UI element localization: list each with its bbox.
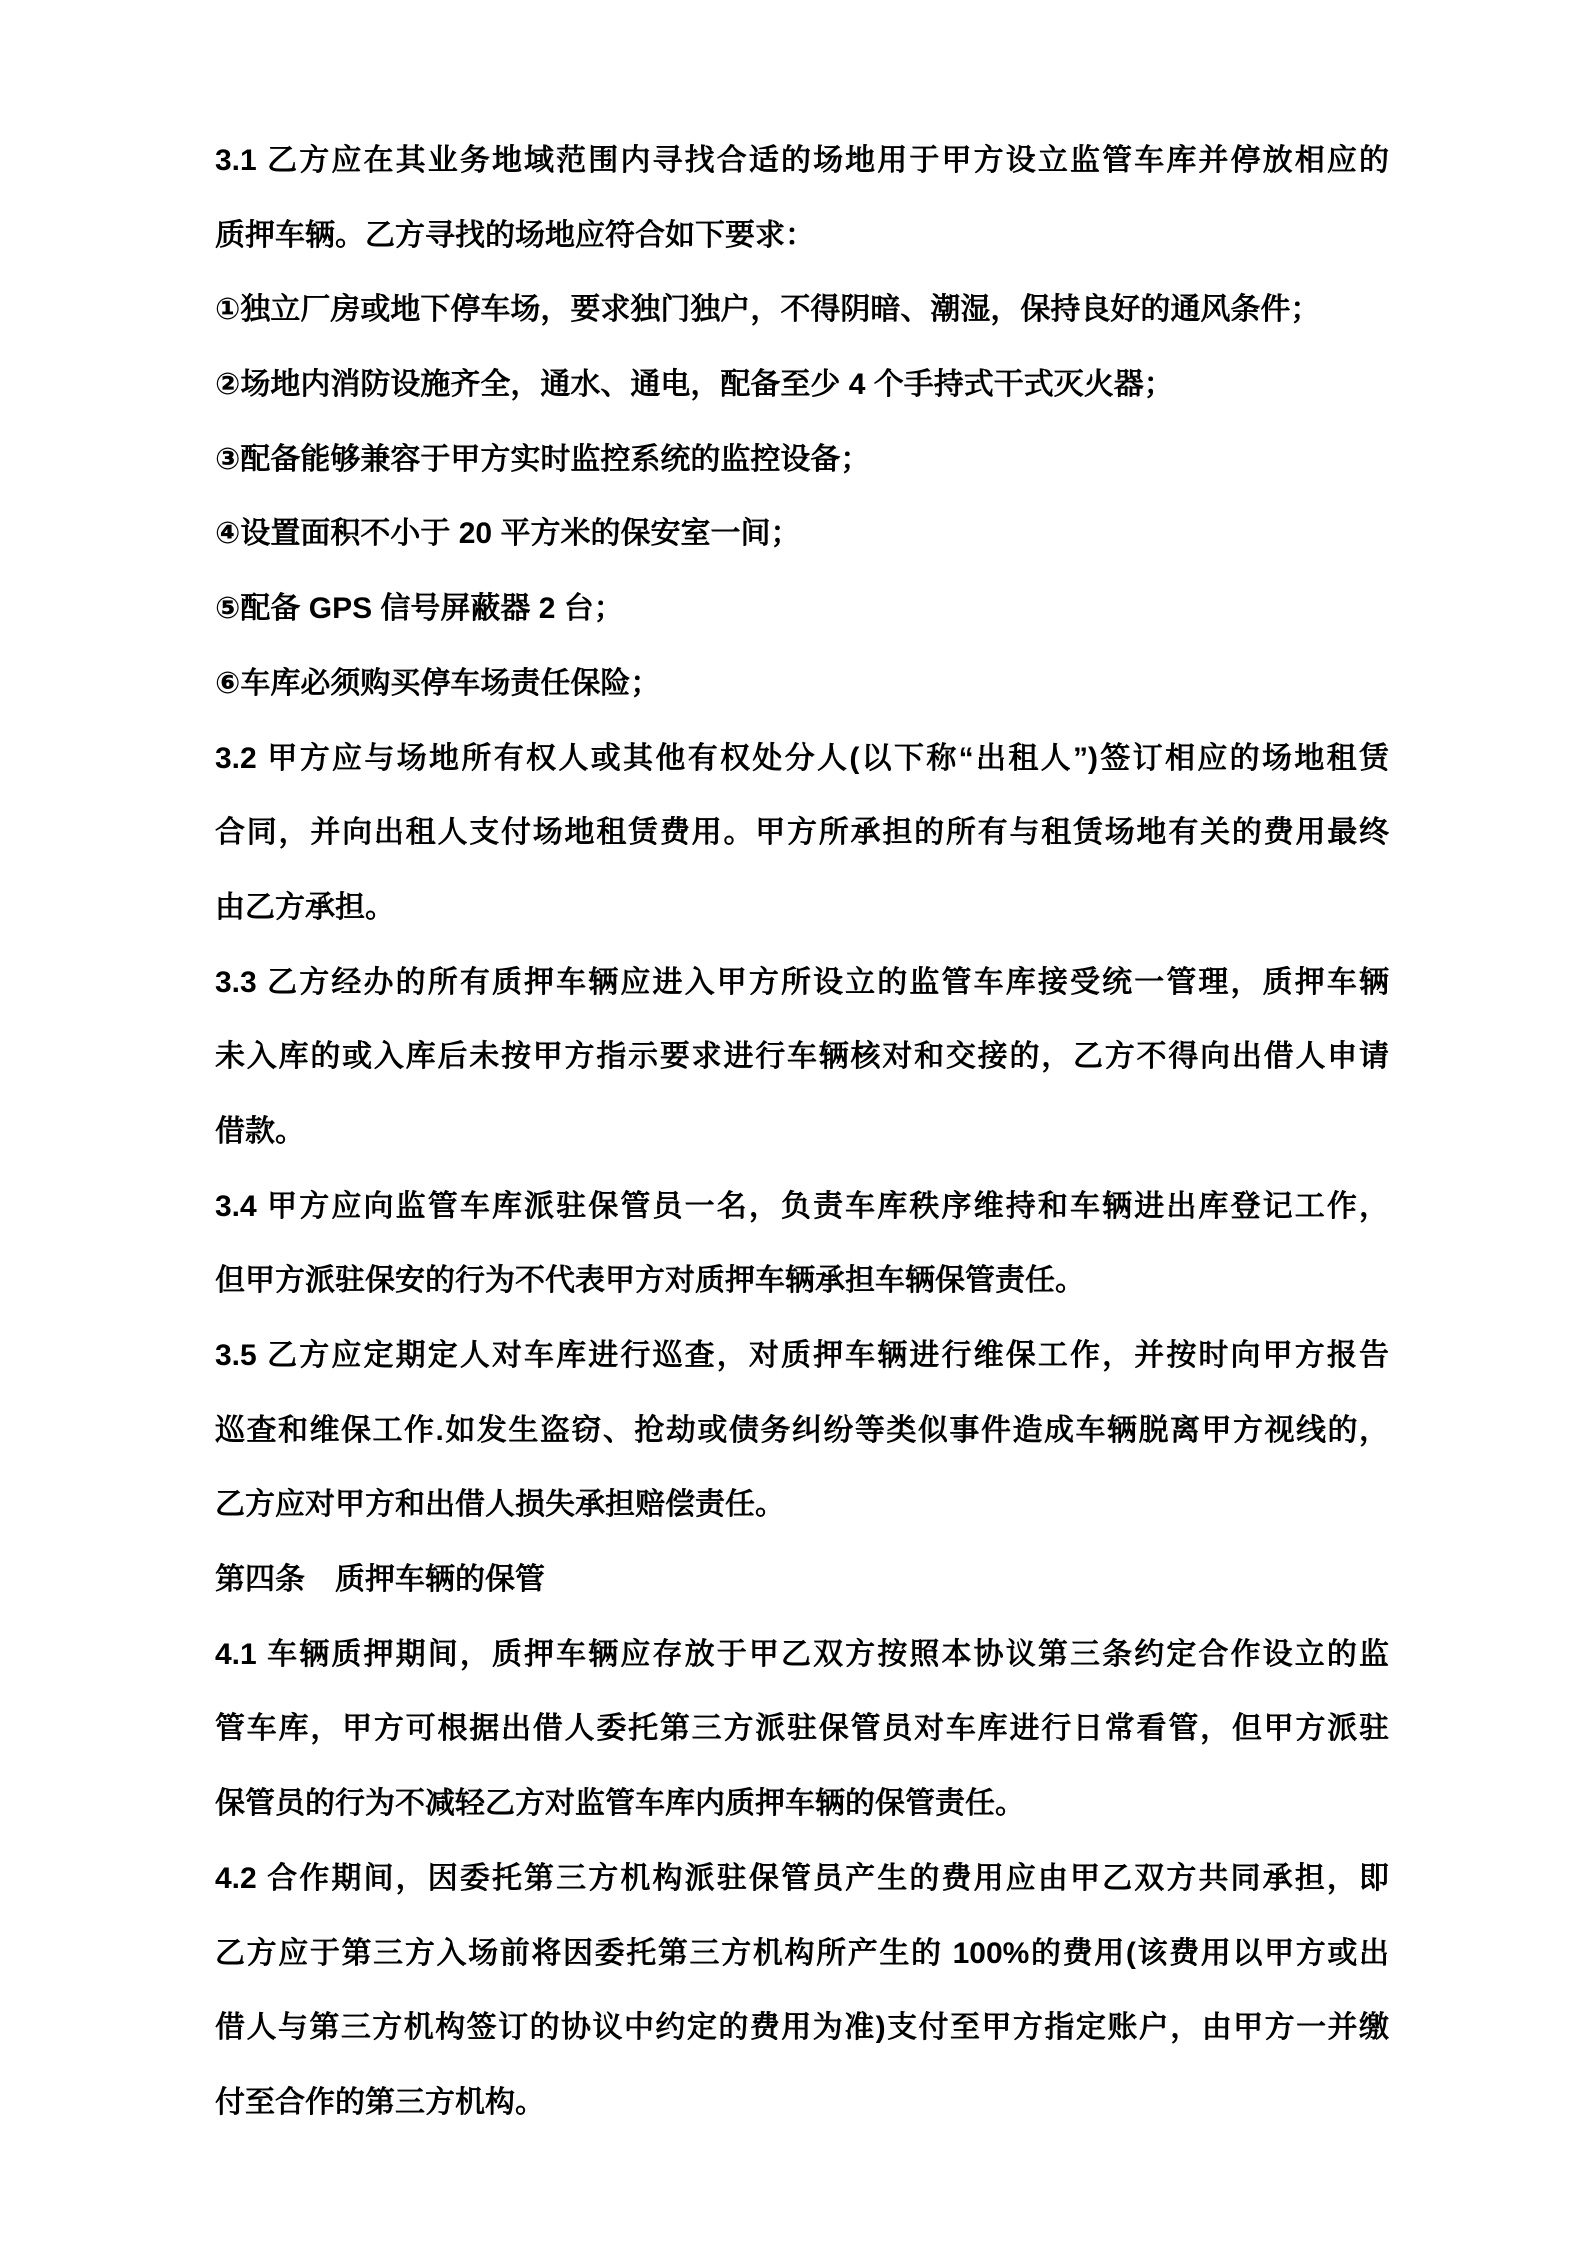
- document-line: 3.5 乙方应定期定人对车库进行巡查，对质押车辆进行维保工作，并按时向甲方报告: [215, 1319, 1389, 1394]
- document-line: 付至合作的第三方机构。: [215, 2066, 1389, 2141]
- document-line-list-item: ⑤配备 GPS 信号屏蔽器 2 台；: [215, 572, 1389, 647]
- document-line: 未入库的或入库后未按甲方指示要求进行车辆核对和交接的，乙方不得向出借人申请: [215, 1020, 1389, 1095]
- document-line: 但甲方派驻保安的行为不代表甲方对质押车辆承担车辆保管责任。: [215, 1244, 1389, 1319]
- document-line: 3.1 乙方应在其业务地域范围内寻找合适的场地用于甲方设立监管车库并停放相应的: [215, 124, 1389, 199]
- document-line-list-item: ③配备能够兼容于甲方实时监控系统的监控设备；: [215, 423, 1389, 498]
- document-line: 保管员的行为不减轻乙方对监管车库内质押车辆的保管责任。: [215, 1767, 1389, 1842]
- document-line: 3.4 甲方应向监管车库派驻保管员一名，负责车库秩序维持和车辆进出库登记工作，: [215, 1170, 1389, 1245]
- document-line-list-item: ①独立厂房或地下停车场，要求独门独户，不得阴暗、潮湿，保持良好的通风条件；: [215, 273, 1389, 348]
- document-line: 乙方应对甲方和出借人损失承担赔偿责任。: [215, 1468, 1389, 1543]
- document-line: 4.1 车辆质押期间，质押车辆应存放于甲乙双方按照本协议第三条约定合作设立的监: [215, 1618, 1389, 1693]
- clause-heading: 第四条 质押车辆的保管: [215, 1543, 1389, 1618]
- document-line: 3.3 乙方经办的所有质押车辆应进入甲方所设立的监管车库接受统一管理，质押车辆: [215, 946, 1389, 1021]
- document-line: 借人与第三方机构签订的协议中约定的费用为准)支付至甲方指定账户，由甲方一并缴: [215, 1991, 1389, 2066]
- document-body: 3.1 乙方应在其业务地域范围内寻找合适的场地用于甲方设立监管车库并停放相应的 …: [215, 124, 1389, 2141]
- document-line-list-item: ②场地内消防设施齐全，通水、通电，配备至少 4 个手持式干式灭火器；: [215, 348, 1389, 423]
- document-line: 3.2 甲方应与场地所有权人或其他有权处分人(以下称“出租人”)签订相应的场地租…: [215, 722, 1389, 797]
- document-line: 由乙方承担。: [215, 871, 1389, 946]
- document-line: 管车库，甲方可根据出借人委托第三方派驻保管员对车库进行日常看管，但甲方派驻: [215, 1692, 1389, 1767]
- document-line: 4.2 合作期间，因委托第三方机构派驻保管员产生的费用应由甲乙双方共同承担，即: [215, 1842, 1389, 1917]
- document-line: 合同，并向出租人支付场地租赁费用。甲方所承担的所有与租赁场地有关的费用最终: [215, 796, 1389, 871]
- document-line: 质押车辆。乙方寻找的场地应符合如下要求：: [215, 199, 1389, 274]
- document-line: 乙方应于第三方入场前将因委托第三方机构所产生的 100%的费用(该费用以甲方或出: [215, 1917, 1389, 1992]
- document-line-list-item: ④设置面积不小于 20 平方米的保安室一间；: [215, 497, 1389, 572]
- document-line: 巡查和维保工作.如发生盗窃、抢劫或债务纠纷等类似事件造成车辆脱离甲方视线的，: [215, 1394, 1389, 1469]
- document-line-list-item: ⑥车库必须购买停车场责任保险；: [215, 647, 1389, 722]
- document-line: 借款。: [215, 1095, 1389, 1170]
- document-page: 3.1 乙方应在其业务地域范围内寻找合适的场地用于甲方设立监管车库并停放相应的 …: [0, 0, 1586, 2244]
